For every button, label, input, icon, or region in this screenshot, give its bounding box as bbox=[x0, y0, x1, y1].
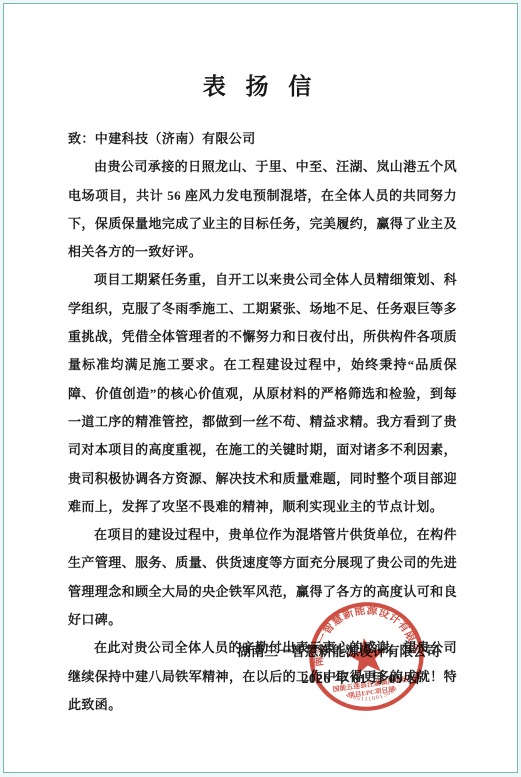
letter-paragraph-1: 由贵公司承接的日照龙山、于里、中至、汪湖、岚山港五个风电场项目，共计 56 座风… bbox=[68, 153, 457, 266]
company-seal-stamp: 湖南三一智慧新能源设计有限公司 国能五莲县汪湖镇风电场 项目EPC项目部 430… bbox=[300, 592, 434, 720]
letter-paragraph-2: 项目工期紧任务重，自开工以来贵公司全体人员精细策划、科学组织，克服了冬雨季施工、… bbox=[68, 266, 457, 521]
letter-title: 表 扬 信 bbox=[4, 68, 517, 101]
salutation: 致：中建科技（济南）有限公司 bbox=[68, 125, 457, 153]
letter-page: 表 扬 信 致：中建科技（济南）有限公司 由贵公司承接的日照龙山、于里、中至、汪… bbox=[3, 3, 518, 773]
star-icon bbox=[344, 635, 388, 676]
